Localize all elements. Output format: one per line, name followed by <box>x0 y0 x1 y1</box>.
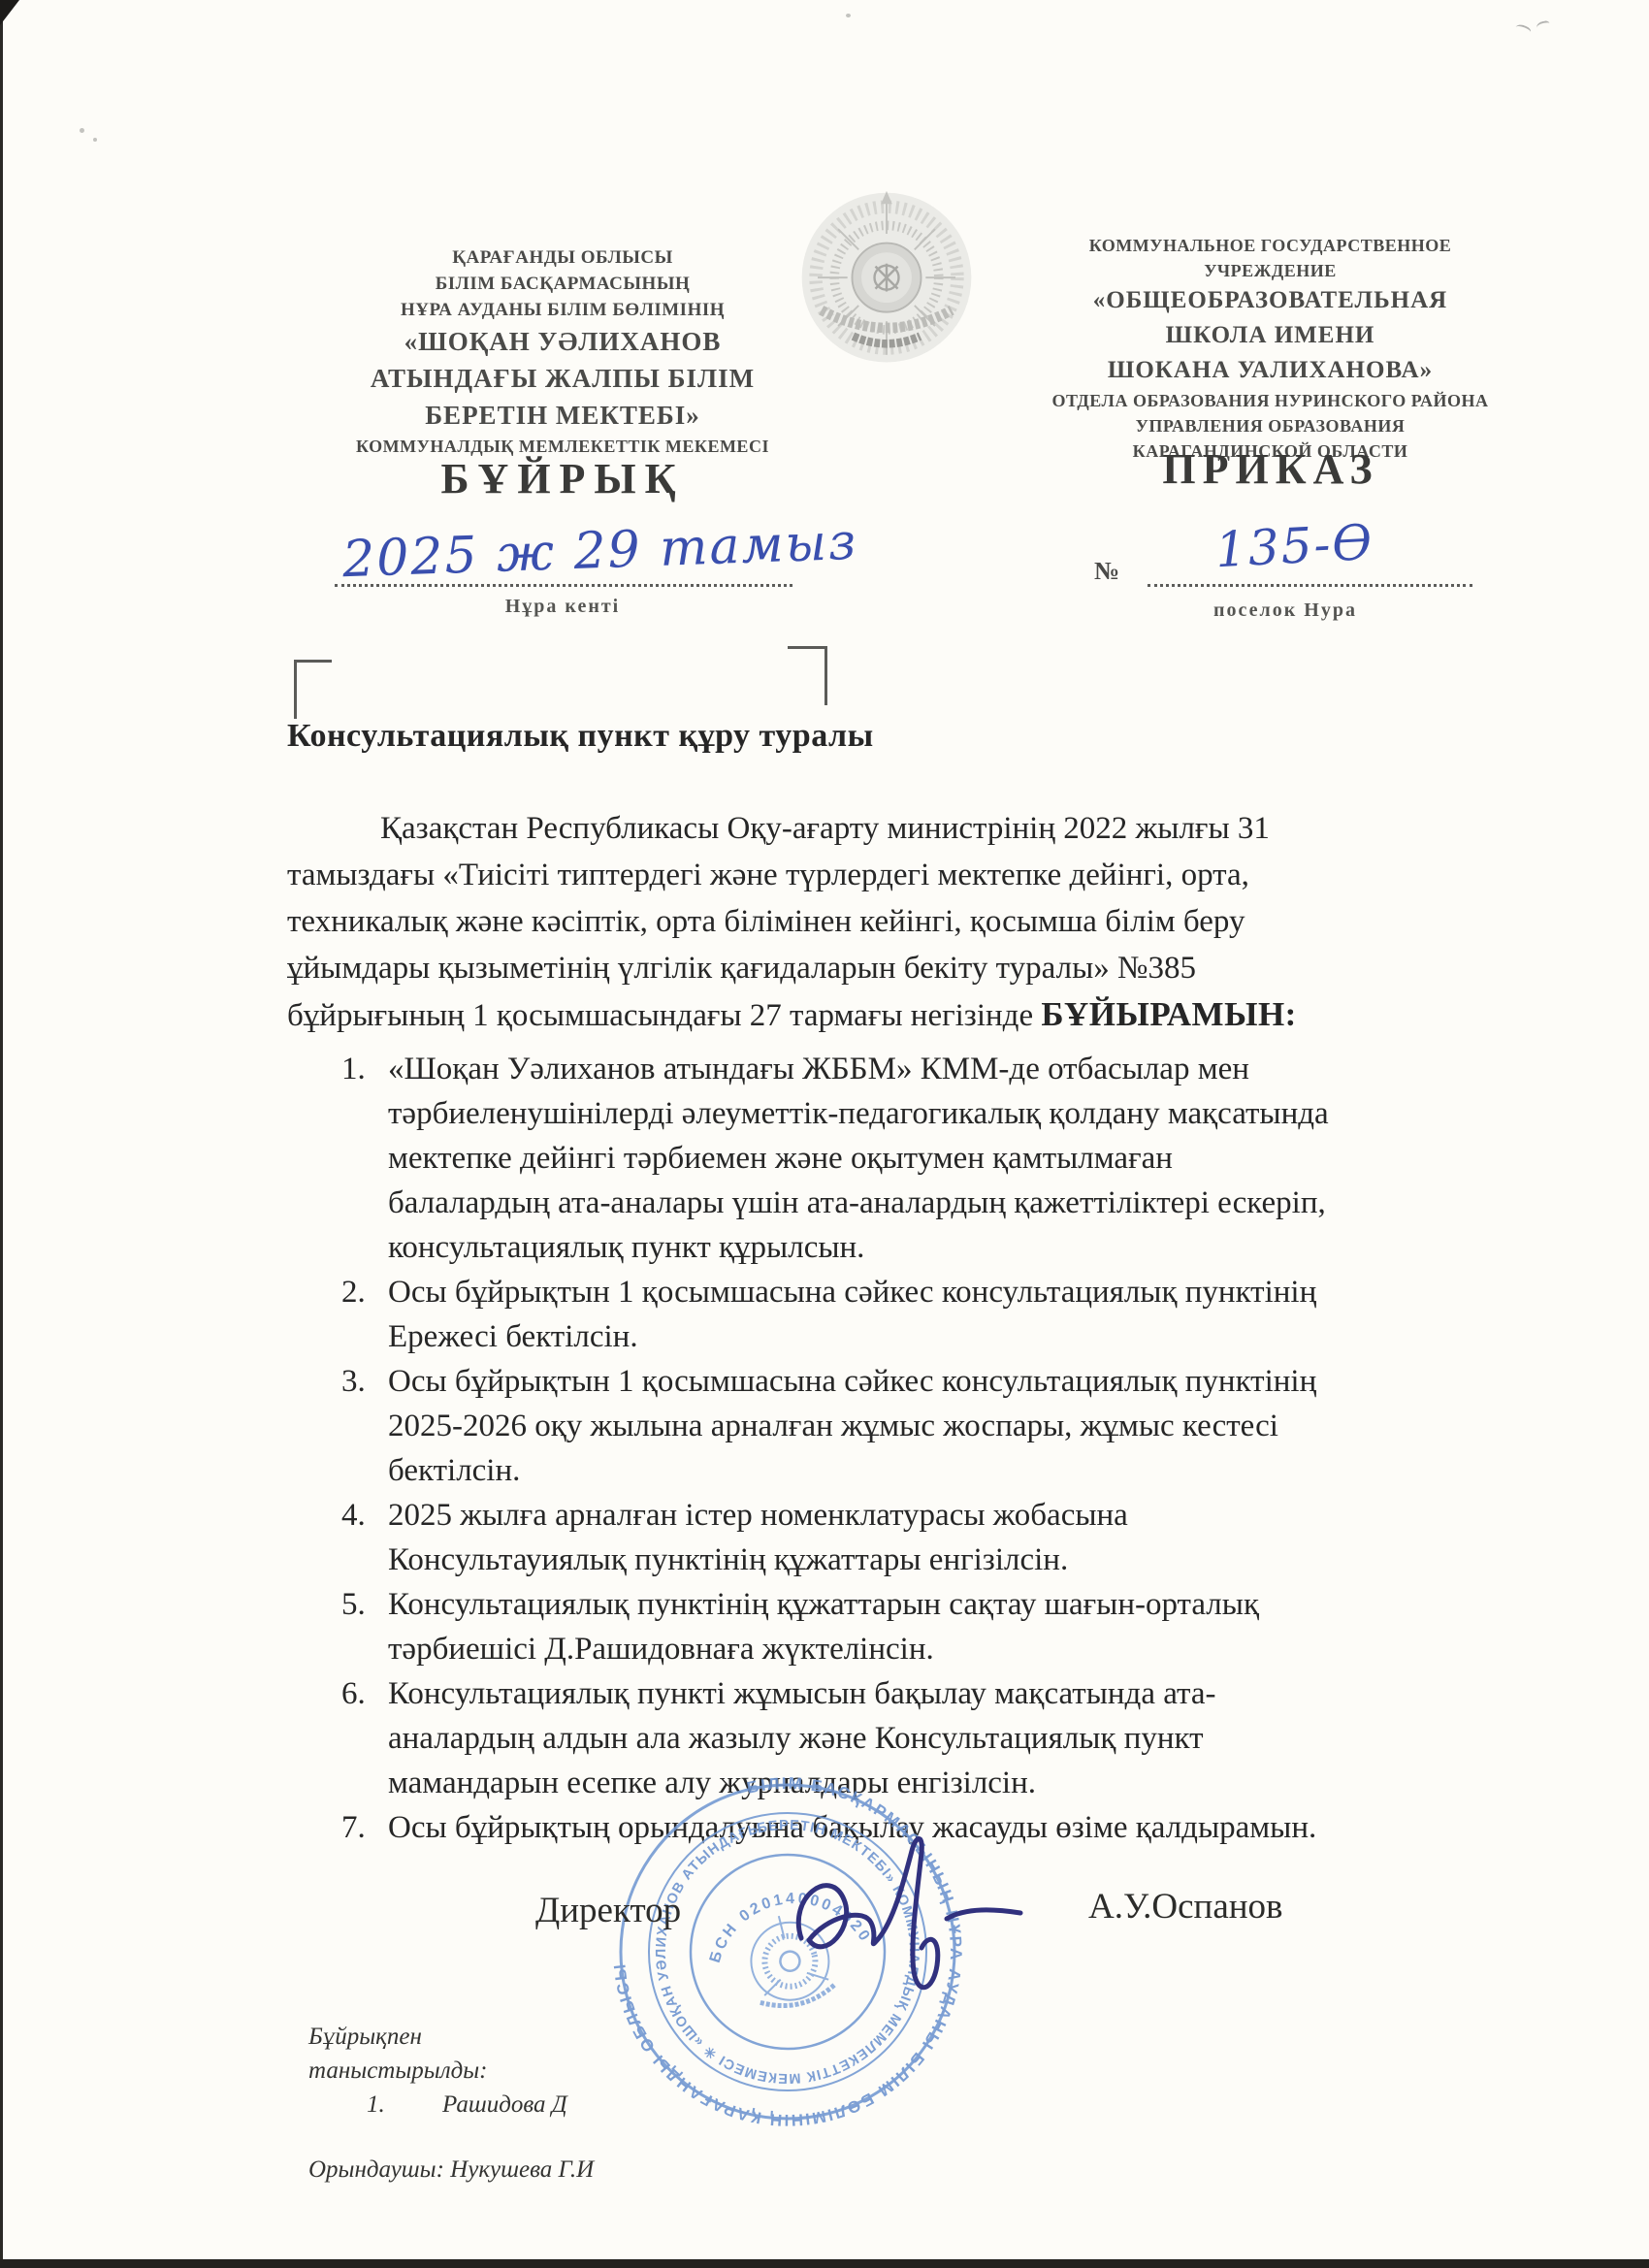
item-line: аналардың алдын ала жазылу және Консульт… <box>388 1716 1507 1761</box>
item-lines: 2025 жылға арналған істер номенклатурасы… <box>388 1493 1507 1582</box>
item-lines: Осы бұйрықтын 1 қосымшасына сәйкес консу… <box>388 1359 1507 1493</box>
item-number: 3. <box>341 1359 388 1493</box>
item-number: 5. <box>341 1582 388 1671</box>
scan-dot-speck <box>93 138 97 142</box>
item-lines: «Шоқан Уәлиханов атындағы ЖББМ» КММ-де о… <box>388 1047 1507 1270</box>
item-number: 6. <box>341 1671 388 1805</box>
letterhead-line: ШКОЛА ИМЕНИ <box>1020 318 1520 353</box>
state-emblem-icon <box>793 187 980 373</box>
item-lines: Осы бұйрықтын 1 қосымшасына сәйкес консу… <box>388 1270 1507 1359</box>
acquainted-entry-name: Рашидова Д <box>442 2091 567 2118</box>
acquainted-label-line: таныстырылды: <box>308 2054 594 2088</box>
order-number-row: № 135-Ө <box>1094 532 1474 584</box>
executor-line: Орындаушы: Нукушева Г.И <box>308 2153 594 2187</box>
corner-mark-right <box>788 646 827 705</box>
item-number: 1. <box>341 1047 388 1270</box>
acquainted-entry-number: 1. <box>308 2088 442 2122</box>
order-place-kazakh: Нұра кенті <box>335 596 791 618</box>
item-line: 2025-2026 оқу жылына арналған жұмыс жосп… <box>388 1404 1507 1448</box>
order-heading-kazakh: БҰЙРЫҚ <box>335 454 791 503</box>
scan-dot-speck <box>846 14 851 17</box>
order-item: 5. Консультациялық пунктінің құжаттарын … <box>287 1582 1507 1671</box>
item-line: тәрбиеленушінілерді әлеуметтік-педагогик… <box>388 1091 1507 1136</box>
order-item: 3. Осы бұйрықтын 1 қосымшасына сәйкес ко… <box>287 1359 1507 1493</box>
acquainted-entry: 1.Рашидова Д <box>308 2088 594 2122</box>
intro-line: Қазақстан Республикасы Оқу-ағарту минист… <box>287 805 1507 852</box>
letterhead-line: «ШОҚАН УӘЛИХАНОВ <box>335 323 791 360</box>
pen-scribble-mark <box>1536 20 1551 33</box>
item-line: бектілсін. <box>388 1448 1507 1493</box>
document-body: Консультациялық пункт құру туралы Қазақс… <box>287 718 1507 1850</box>
acquainted-label-line: Бұйрықпен <box>308 2020 594 2054</box>
letterhead-line: БІЛІМ БАСҚАРМАСЫНЫҢ <box>335 271 791 297</box>
letterhead-kazakh: ҚАРАҒАНДЫ ОБЛЫСЫ БІЛІМ БАСҚАРМАСЫНЫҢ НҰР… <box>335 244 791 459</box>
order-place-russian: поселок Нура <box>1096 599 1474 622</box>
intro-line-last: бұйрығының 1 қосымшасындағы 27 тармағы н… <box>287 991 1507 1039</box>
letterhead-line: ОТДЕЛА ОБРАЗОВАНИЯ НУРИНСКОГО РАЙОНА <box>1020 388 1520 413</box>
item-number: 7. <box>341 1805 388 1850</box>
order-heading-russian: ПРИКАЗ <box>1052 444 1489 494</box>
letterhead-line: «ОБЩЕОБРАЗОВАТЕЛЬНАЯ <box>1020 283 1520 318</box>
letterhead-line: ШОКАНА УАЛИХАНОВА» <box>1020 353 1520 388</box>
order-date-line: 2025 ж 29 тамыз <box>335 528 792 587</box>
intro-line: ұйымдары қызыметінің үлгілік қағидаларын… <box>287 945 1507 991</box>
intro-paragraph: Қазақстан Республикасы Оқу-ағарту минист… <box>287 805 1507 1039</box>
item-line: Ережесі бектілсін. <box>388 1314 1507 1359</box>
letterhead-russian: КОММУНАЛЬНОЕ ГОСУДАРСТВЕННОЕ УЧРЕЖДЕНИЕ … <box>1020 233 1520 464</box>
item-line: Консультауиялық пунктінің құжаттары енгі… <box>388 1538 1507 1582</box>
intro-line: техникалық және кәсіптік, орта білімінен… <box>287 898 1507 945</box>
order-subject-title: Консультациялық пункт құру туралы <box>287 718 1507 755</box>
order-item: 4. 2025 жылға арналған істер номенклатур… <box>287 1493 1507 1582</box>
handwritten-order-number: 135-Ө <box>1214 514 1375 578</box>
item-number: 4. <box>341 1493 388 1582</box>
intro-last-text: бұйрығының 1 қосымшасындағы 27 тармағы н… <box>287 998 1041 1033</box>
order-item: 2. Осы бұйрықтын 1 қосымшасына сәйкес ко… <box>287 1270 1507 1359</box>
footer-block: Бұйрықпен таныстырылды: 1.Рашидова Д Оры… <box>308 2020 594 2187</box>
order-verb-bold: БҰЙЫРАМЫН: <box>1041 995 1296 1033</box>
corner-mark-left <box>294 660 332 719</box>
letterhead-line: БЕРЕТІН МЕКТЕБІ» <box>335 397 791 434</box>
letterhead-line: АТЫНДАҒЫ ЖАЛПЫ БІЛІМ <box>335 360 791 397</box>
order-number-line: 135-Ө <box>1148 532 1472 587</box>
item-line: Консультациялық пунктінің құжаттарын сақ… <box>388 1582 1507 1627</box>
letterhead-line: УПРАВЛЕНИЯ ОБРАЗОВАНИЯ <box>1020 413 1520 438</box>
item-line: «Шоқан Уәлиханов атындағы ЖББМ» КММ-де о… <box>388 1047 1507 1091</box>
scan-edge-left <box>0 0 3 2268</box>
scan-edge-bottom <box>0 2259 1649 2268</box>
item-line: Осы бұйрықтын 1 қосымшасына сәйкес консу… <box>388 1270 1507 1314</box>
item-line: Консультациялық пункті жұмысын бақылау м… <box>388 1671 1507 1716</box>
letterhead-line: НҰРА АУДАНЫ БІЛІМ БӨЛІМІНІҢ <box>335 297 791 323</box>
signatory-name: А.У.Оспанов <box>1088 1886 1283 1928</box>
director-signature-ink <box>776 1824 1048 2042</box>
order-item: 1. «Шоқан Уәлиханов атындағы ЖББМ» КММ-д… <box>287 1047 1507 1270</box>
item-line: балалардың ата-аналары үшін ата-аналарды… <box>388 1181 1507 1225</box>
letterhead-line: ҚАРАҒАНДЫ ОБЛЫСЫ <box>335 244 791 271</box>
handwritten-date: 2025 ж 29 тамыз <box>341 513 858 590</box>
intro-line: тамыздағы «Тиісіті типтердегі және түрле… <box>287 852 1507 898</box>
number-sign-label: № <box>1094 557 1119 586</box>
item-line: мектепке дейінгі тәрбиемен және оқытумен… <box>388 1136 1507 1181</box>
letterhead-line: КОММУНАЛЬНОЕ ГОСУДАРСТВЕННОЕ УЧРЕЖДЕНИЕ <box>1020 233 1520 283</box>
item-number: 2. <box>341 1270 388 1359</box>
item-line: 2025 жылға арналған істер номенклатурасы… <box>388 1493 1507 1538</box>
item-line: Осы бұйрықтын 1 қосымшасына сәйкес консу… <box>388 1359 1507 1404</box>
item-lines: Консультациялық пунктінің құжаттарын сақ… <box>388 1582 1507 1671</box>
item-line: консультациялық пункт құрылсын. <box>388 1225 1507 1270</box>
item-line: тәрбиешісі Д.Рашидовнаға жүктелінсін. <box>388 1627 1507 1671</box>
pen-scribble-mark <box>1514 22 1533 38</box>
scanned-order-document: ҚАРАҒАНДЫ ОБЛЫСЫ БІЛІМ БАСҚАРМАСЫНЫҢ НҰР… <box>0 0 1649 2268</box>
scan-corner-speck <box>0 0 19 25</box>
signatory-role: Директор <box>535 1890 681 1931</box>
scan-dot-speck <box>80 128 84 133</box>
